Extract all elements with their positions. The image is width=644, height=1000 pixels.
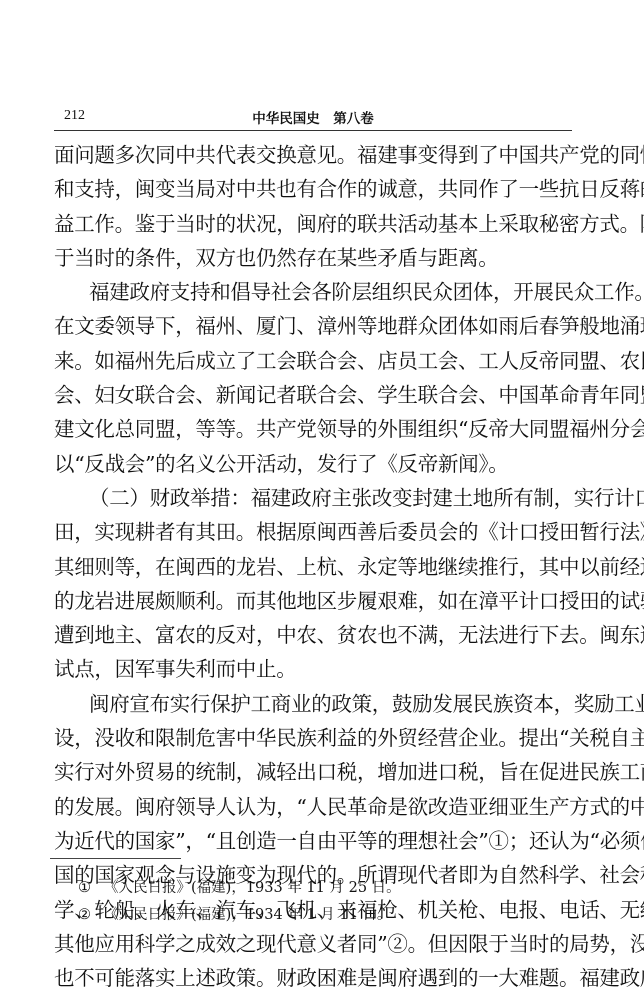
text-line: 在文委领导下，福州、厦门、漳州等地群众团体如雨后春笋般地涌现出 [54,309,576,343]
running-title: 中华民国史 第八卷 [54,107,572,127]
text-line: 其他应用科学之成效之现代意义者同”②。但因限于当时的局势，没有 [54,927,576,961]
footnote-rule [50,858,181,859]
text-line: 的龙岩进展颇顺利。而其他地区步履艰难，如在漳平计口授田的试验， [54,584,576,618]
text-line: 益工作。鉴于当时的状况，闽府的联共活动基本上采取秘密方式。限 [54,207,576,241]
text-line: 来。如福州先后成立了工会联合会、店员工会、工人反帝同盟、农民协 [54,344,576,378]
page-header: 212 中华民国史 第八卷 [54,104,572,128]
text-line: 为近代的国家”，“且创造一自由平等的理想社会”①；还认为“必须使中 [54,824,576,858]
text-line: 遭到地主、富农的反对，中农、贫农也不满，无法进行下去。闽东连江的 [54,618,576,652]
text-line: 面问题多次同中共代表交换意见。福建事变得到了中国共产党的同情 [54,138,576,172]
text-line: 田，实现耕者有其田。根据原闽西善后委员会的《计口授田暂行法》及 [54,515,576,549]
footnote-2: ②《人民日报》(福建)，1934 年 1 月 11 日。 [78,902,401,929]
paragraph-start-line: （二）财政举措：福建政府主张改变封建土地所有制，实行计口授 [54,481,576,515]
text-line: 的发展。闽府领导人认为，“人民革命是欲改造亚细亚生产方式的中国 [54,790,576,824]
text-line: 也不可能落实上述政策。财政困难是闽府遇到的一大难题。福建政府 [54,961,576,995]
text-line: 以“反战会”的名义公开活动，发行了《反帝新闻》。 [54,447,576,481]
footnote-marker: ② [78,902,104,929]
footnote-text: 《人民日报》(福建)，1933 年 11 月 25 日。 [104,880,401,896]
footnote-marker: ① [78,875,104,902]
text-line: 其细则等，在闽西的龙岩、上杭、永定等地继续推行，其中以前经过土改 [54,550,576,584]
paragraph-start-line: 福建政府支持和倡导社会各阶层组织民众团体，开展民众工作。 [54,275,576,309]
footnotes: ①《人民日报》(福建)，1933 年 11 月 25 日。 ②《人民日报》(福建… [78,875,401,929]
footnote-text: 《人民日报》(福建)，1934 年 1 月 11 日。 [104,907,391,923]
text-line: 实行对外贸易的统制，减轻出口税，增加进口税，旨在促进民族工商业 [54,755,576,789]
paragraph-start-line: 闽府宣布实行保护工商业的政策，鼓励发展民族资本，奖励工业建 [54,687,576,721]
footnote-1: ①《人民日报》(福建)，1933 年 11 月 25 日。 [78,875,401,902]
body-text: 面问题多次同中共代表交换意见。福建事变得到了中国共产党的同情 和支持，闽变当局对… [54,138,576,995]
text-line: 试点，因军事失利而中止。 [54,652,576,686]
text-line: 和支持，闽变当局对中共也有合作的诚意，共同作了一些抗日反蒋的有 [54,172,576,206]
text-line: 会、妇女联合会、新闻记者联合会、学生联合会、中国革命青年同盟、福 [54,378,576,412]
text-line: 建文化总同盟，等等。共产党领导的外围组织“反帝大同盟福州分会”， [54,412,576,446]
text-line: 设，没收和限制危害中华民族利益的外贸经营企业。提出“关税自主”， [54,721,576,755]
text-line: 于当时的条件，双方也仍然存在某些矛盾与距离。 [54,241,576,275]
header-rule [54,130,572,131]
